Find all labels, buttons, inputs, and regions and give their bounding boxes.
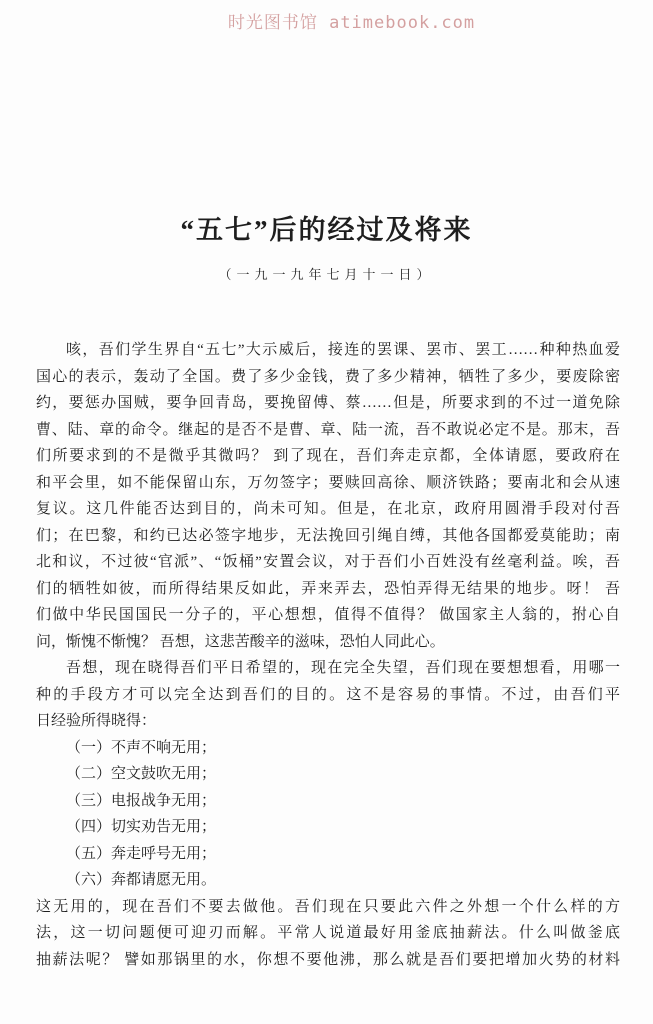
article-date: （一九一九年七月十一日） xyxy=(0,266,653,284)
list-line: （六）奔都请愿无用。 xyxy=(36,867,620,894)
text-line: 们做中华民国国民一分子的，平心想想，值得不值得？ 做国家主人翁的，拊心自 xyxy=(36,602,620,629)
text-line: 法，这一切问题便可迎刃而解。平常人说道最好用釜底抽薪法。什么叫做釜底 xyxy=(36,920,620,947)
page-title: “五七”后的经过及将来 xyxy=(0,212,653,248)
text-line: 种的手段方才可以完全达到吾们的目的。这不是容易的事情。不过，由吾们平 xyxy=(36,682,620,709)
text-line: 日经验所得晓得： xyxy=(36,708,620,735)
list-line: （二）空文鼓吹无用； xyxy=(36,761,620,788)
text-line: 们所要求到的不是微乎其微吗？ 到了现在，吾们奔走京都，全体请愿，要政府在 xyxy=(36,443,620,470)
body-text: 咳，吾们学生界自“五七”大示威后，接连的罢课、罢市、罢工……种种热血爱国心的表示… xyxy=(36,337,620,973)
scanned-book-page: 时光图书馆 atimebook.com “五七”后的经过及将来 （一九一九年七月… xyxy=(0,0,653,1024)
list-line: （四）切实劝告无用； xyxy=(36,814,620,841)
text-line: 约，要惩办国贼，要争回青岛，要挽留傅、蔡……但是，所要求到的不过一道免除 xyxy=(36,390,620,417)
text-line: 这无用的，现在吾们不要去做他。吾们现在只要此六件之外想一个什么样的方 xyxy=(36,894,620,921)
list-line: （五）奔走呼号无用； xyxy=(36,841,620,868)
list-line: （三）电报战争无用； xyxy=(36,788,620,815)
text-line: 吾想，现在晓得吾们平日希望的，现在完全失望，吾们现在要想想看，用哪一 xyxy=(36,655,620,682)
text-line: 北和议，不过彼“官派”、“饭桶”安置会议，对于吾们小百姓没有丝毫利益。唉，吾 xyxy=(36,549,620,576)
list-line: （一）不声不响无用； xyxy=(36,735,620,762)
text-line: 国心的表示，轰动了全国。费了多少金钱，费了多少精神，牺牲了多少，要废除密 xyxy=(36,364,620,391)
text-line: 咳，吾们学生界自“五七”大示威后，接连的罢课、罢市、罢工……种种热血爱 xyxy=(36,337,620,364)
text-line: 和平会里，如不能保留山东，万勿签字；要赎回高徐、顺济铁路；要南北和会从速 xyxy=(36,470,620,497)
text-line: 曹、陆、章的命令。继起的是否不是曹、章、陆一流，吾不敢说必定不是。那末，吾 xyxy=(36,417,620,444)
text-line: 问，惭愧不惭愧？ 吾想，这悲苦酸辛的滋味，恐怕人同此心。 xyxy=(36,629,620,656)
text-line: 们的牺牲如彼，而所得结果反如此，弄来弄去，恐怕弄得无结果的地步。呀！ 吾 xyxy=(36,576,620,603)
text-line: 抽薪法呢？ 譬如那锅里的水，你想不要他沸，那么就是吾们要把增加火势的材料 xyxy=(36,947,620,974)
text-line: 复议。这几件能否达到目的，尚未可知。但是，在北京，政府用圆滑手段对付吾 xyxy=(36,496,620,523)
text-line: 们；在巴黎，和约已达必签字地步，无法挽回引绳自缚，其他各国都爱莫能助；南 xyxy=(36,523,620,550)
watermark-text: 时光图书馆 atimebook.com xyxy=(228,8,475,33)
